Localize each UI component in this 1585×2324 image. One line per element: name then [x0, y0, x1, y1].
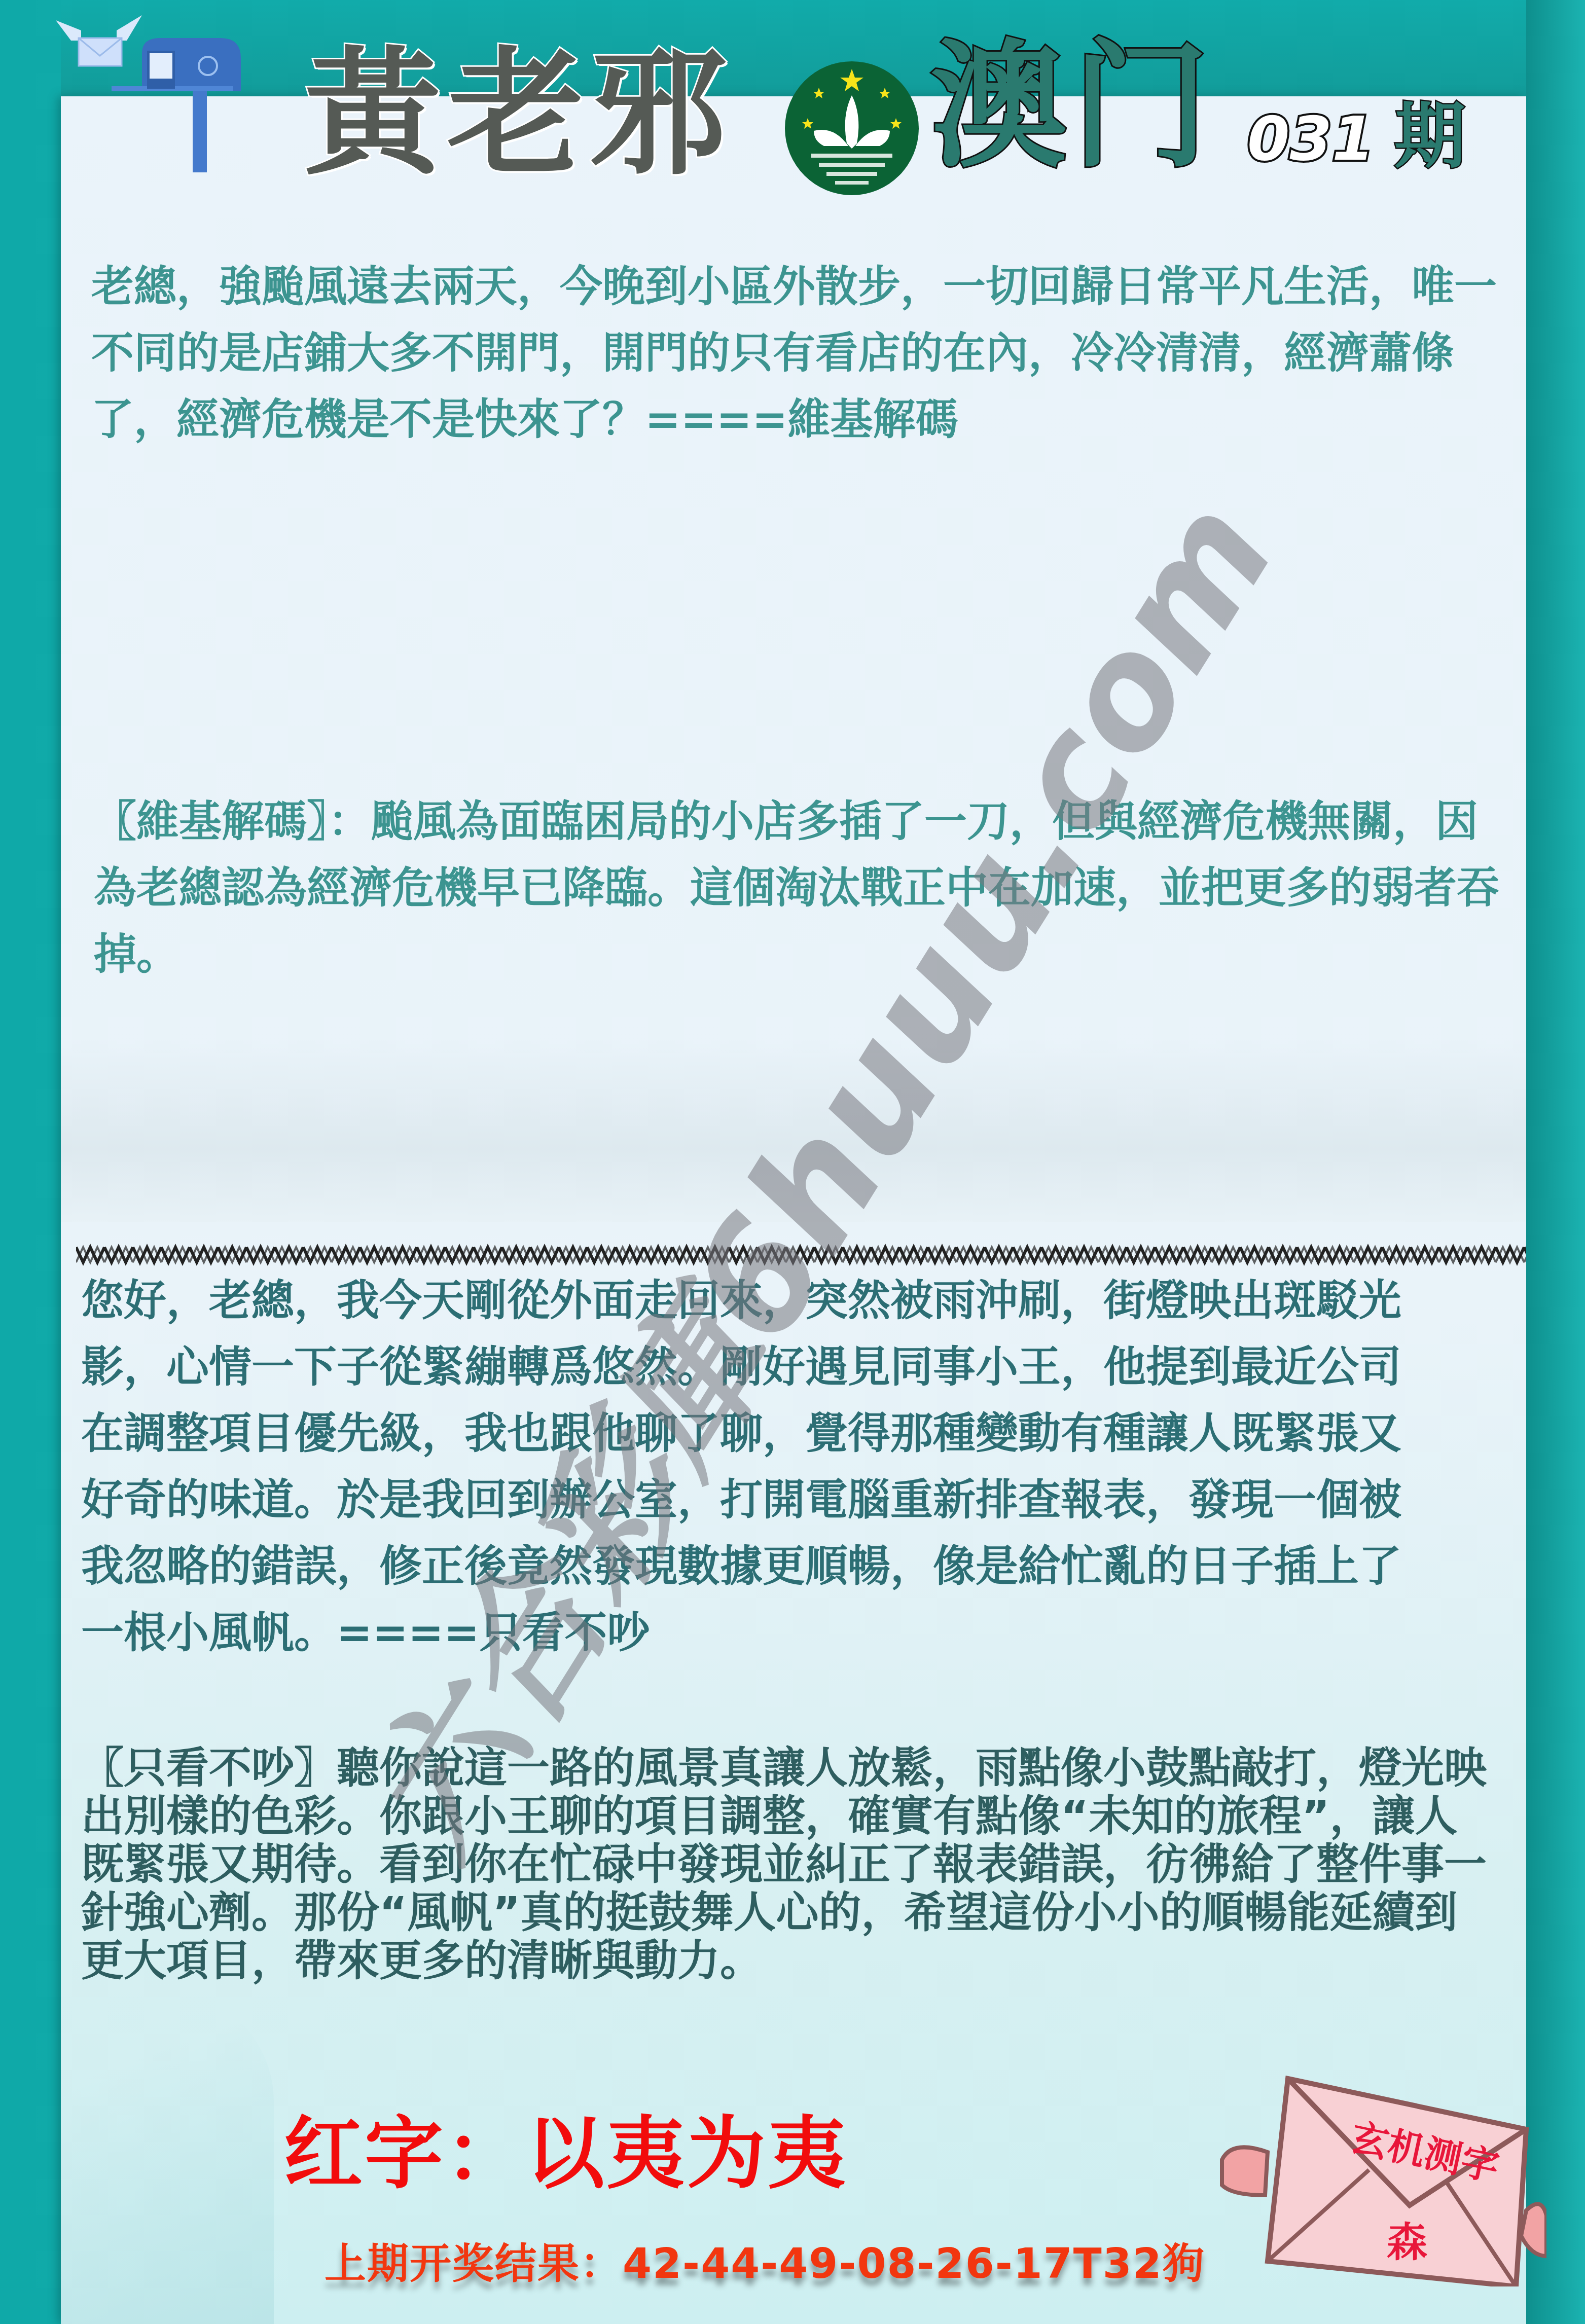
issue-suffix: 期 — [1394, 101, 1465, 172]
question-1-text: 老總，強颱風遠去兩天，今晚到小區外散步，一切回歸日常平凡生活，唯一不同的是店鋪大… — [91, 253, 1501, 453]
red-word-label: 红字：以夷为夷 — [284, 2114, 848, 2193]
title-region: 澳门 — [930, 38, 1214, 175]
last-result-label: 上期开奖结果：42-44-49-08-26-17T32狗 — [325, 2243, 1205, 2285]
issue-number: 031 — [1247, 109, 1375, 170]
wing-left-icon — [1222, 2147, 1268, 2195]
answer-2-text: 〖只看不吵〗聽你說這一路的風景真讓人放鬆，雨點像小鼓點敲打，燈光映出別樣的色彩。… — [81, 1744, 1491, 1985]
title-main: 黃老邪 — [304, 46, 733, 183]
right-frame — [1526, 0, 1585, 2324]
envelope-char: 森 — [1387, 2219, 1427, 2266]
winged-envelope-badge-icon: 玄机测字 森 — [1212, 2063, 1546, 2286]
winged-envelope-icon — [56, 15, 142, 66]
macau-emblem-icon — [783, 60, 920, 197]
answer-1-text: 〖維基解碼〗：颱風為面臨困局的小店多插了一刀，但與經濟危機無關，因為老總認為經濟… — [94, 788, 1503, 988]
mailbox-icon — [51, 10, 254, 172]
wing-right-icon — [1521, 2204, 1546, 2256]
